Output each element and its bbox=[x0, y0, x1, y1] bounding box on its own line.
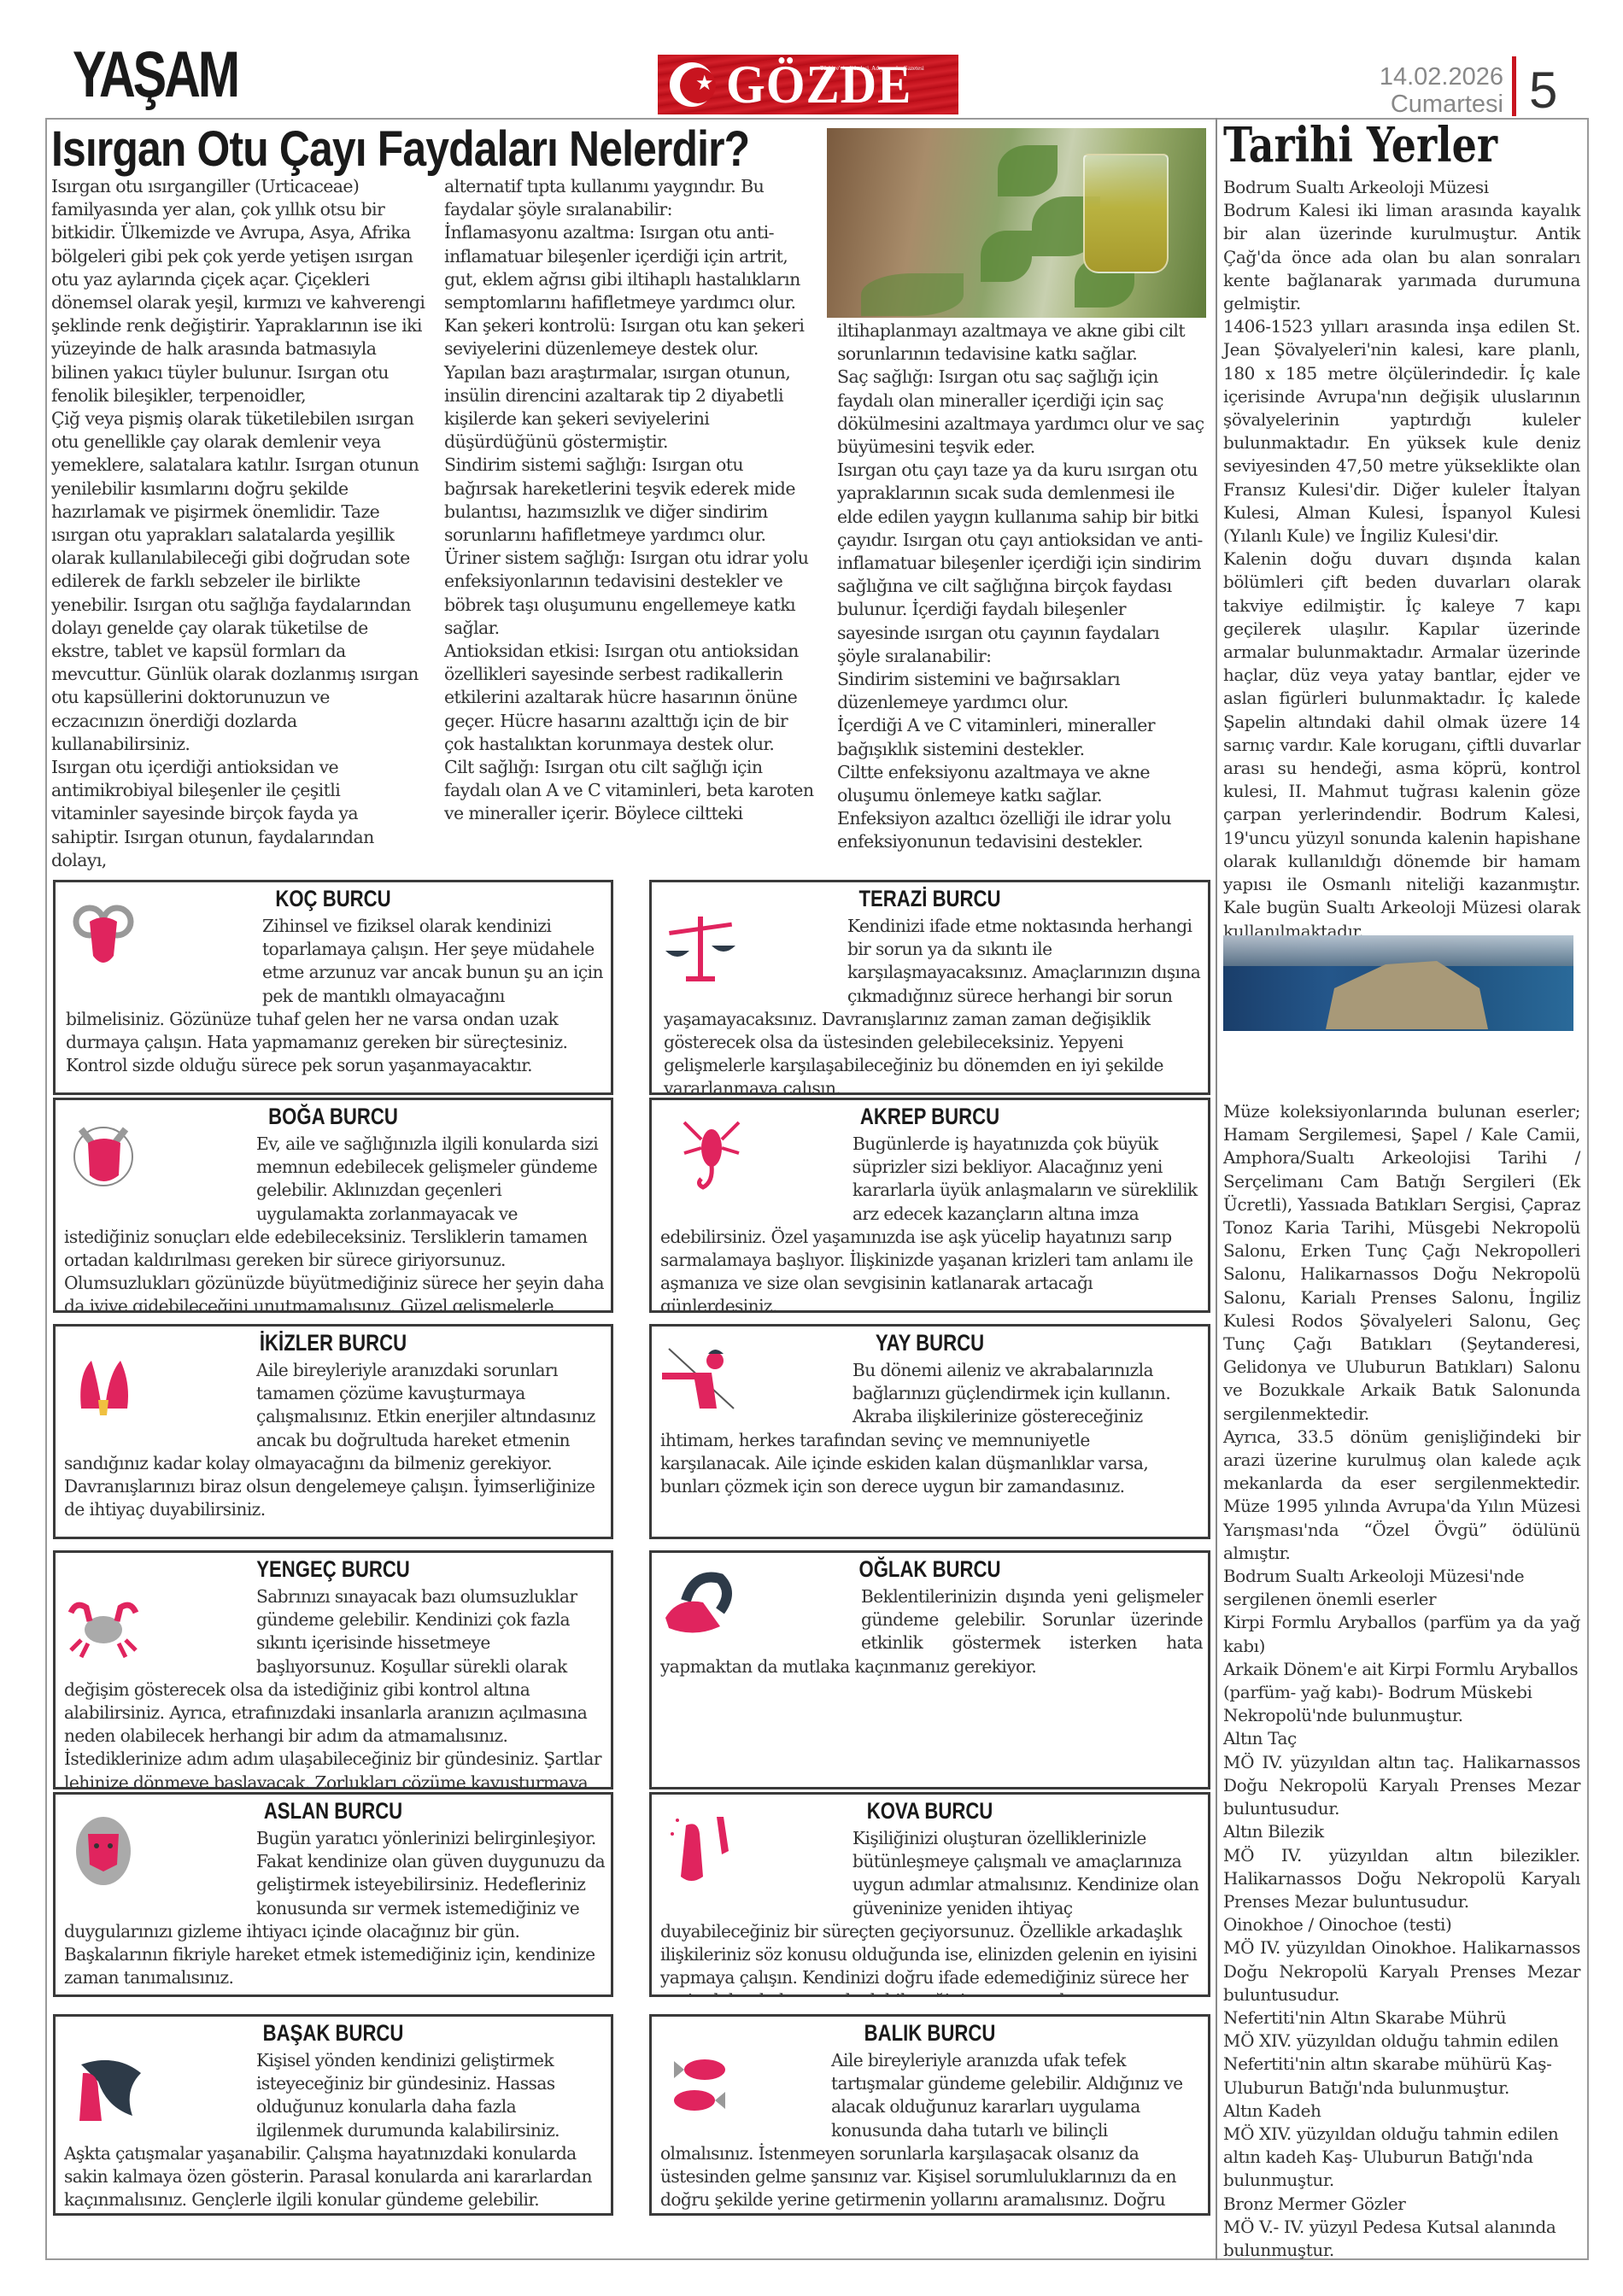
paragraph: Altın Kadeh bbox=[1223, 2100, 1580, 2123]
article-column-3: iltihaplanmayı azaltmaya ve akne gibi ci… bbox=[837, 319, 1206, 854]
horoscope-card-pisces: BALIK BURCU Aile bireyleriyle aranızda u… bbox=[649, 2014, 1210, 2216]
sign-title: KOÇ BURCU bbox=[106, 886, 561, 912]
paragraph: iltihaplanmayı azaltmaya ve akne gibi ci… bbox=[837, 319, 1206, 366]
sign-text: Bu dönemi aileniz ve akrabalarınızla bağ… bbox=[660, 1359, 1203, 1498]
paragraph: Nefertiti'nin Altın Skarabe Mührü bbox=[1223, 2006, 1580, 2029]
horoscope-card-sagittarius: YAY BURCU Bu dönemi aileniz ve akrabalar… bbox=[649, 1324, 1210, 1539]
paragraph: Bodrum Kalesi iki liman arasında kayalık… bbox=[1223, 199, 1580, 315]
article-title: Isırgan Otu Çayı Faydaları Nelerdir? bbox=[51, 124, 749, 176]
newspaper-logo[interactable]: ★ GÖZDE Türkiye'nin Gözdesi, Adıyaman'ın… bbox=[658, 55, 958, 114]
horoscope-card-leo: ASLAN BURCU Bugün yaratıcı yönlerinizi b… bbox=[53, 1792, 613, 1997]
horoscope-card-virgo: BAŞAK BURCU Kişisel yönden kendinizi gel… bbox=[53, 2014, 613, 2216]
sidebar-text-2: Müze koleksiyonlarında bulunan eserler; … bbox=[1223, 1100, 1580, 2262]
sign-text: Kişiliğinizi oluşturan özelliklerinizle … bbox=[660, 1827, 1203, 1997]
sign-text: Kendinizi ifade etme noktasında herhangi… bbox=[664, 915, 1202, 1095]
horoscope-card-taurus: BOĞA BURCU Ev, aile ve sağlığınızla ilgi… bbox=[53, 1098, 613, 1313]
sign-text: Kişisel yönden kendinizi geliştirmek ist… bbox=[64, 2049, 606, 2211]
paragraph: Oinokhoe / Oinochoe (testi) bbox=[1223, 1913, 1580, 1936]
section-title: YAŞAM bbox=[73, 43, 237, 108]
paragraph: MÖ IV. yüzyıldan Oinokhoe. Halikarnassos… bbox=[1223, 1936, 1580, 2006]
page-number: 5 bbox=[1529, 65, 1557, 116]
paragraph: Isırgan otu ısırgangiller (Urticaceae) f… bbox=[51, 175, 427, 407]
paragraph: Isırgan otu çayı taze ya da kuru ısırgan… bbox=[837, 459, 1206, 668]
sign-title: YENGEÇ BURCU bbox=[106, 1556, 561, 1583]
paragraph: MÖ IV. yüzyıldan altın taç. Halikarnasso… bbox=[1223, 1751, 1580, 1821]
nettle-tea-photo bbox=[827, 128, 1206, 318]
sign-title: BAŞAK BURCU bbox=[106, 2020, 561, 2047]
article-column-1: Isırgan otu ısırgangiller (Urticaceae) f… bbox=[51, 175, 427, 872]
paragraph: Bodrum Sualtı Arkeoloji Müzesi bbox=[1223, 176, 1580, 199]
paragraph: İnflamasyonu azaltma: Isırgan otu anti-i… bbox=[444, 221, 820, 314]
crescent-star-icon: ★ bbox=[670, 61, 718, 108]
paragraph: MÖ XIV. yüzyıldan olduğu tahmin edilen a… bbox=[1223, 2123, 1580, 2193]
paragraph: Saç sağlığı: Isırgan otu saç sağlığı içi… bbox=[837, 366, 1206, 459]
article-column-2: alternatif tıpta kullanımı yaygındır. Bu… bbox=[444, 175, 820, 826]
sign-title: BALIK BURCU bbox=[702, 2020, 1158, 2047]
sign-title: AKREP BURCU bbox=[702, 1104, 1158, 1130]
sign-text: Sabrınızı sınayacak bazı olumsuzluklar g… bbox=[64, 1585, 606, 1789]
paragraph: Müze koleksiyonlarında bulunan eserler; … bbox=[1223, 1100, 1580, 1426]
sign-text: Bugün yaratıcı yönlerinizi belirginleşiy… bbox=[64, 1827, 606, 1989]
sign-text: Ev, aile ve sağlığınızla ilgili konulard… bbox=[64, 1133, 606, 1313]
sign-title: KOVA BURCU bbox=[702, 1798, 1158, 1824]
paragraph: Bodrum Sualtı Arkeoloji Müzesi'nde sergi… bbox=[1223, 1565, 1580, 1611]
horoscope-card-aquarius: KOVA BURCU Kişiliğinizi oluşturan özelli… bbox=[649, 1792, 1210, 1997]
horoscope-card-scorpio: AKREP BURCU Bugünlerde iş hayatınızda ço… bbox=[649, 1098, 1210, 1313]
sign-title: İKİZLER BURCU bbox=[106, 1330, 561, 1356]
paragraph: Kan şekeri kontrolü: Isırgan otu kan şek… bbox=[444, 314, 820, 454]
paragraph: Enfeksiyon azaltıcı özelliği ile idrar y… bbox=[837, 807, 1206, 853]
date: 14.02.2026 bbox=[1367, 63, 1503, 91]
paragraph: alternatif tıpta kullanımı yaygındır. Bu… bbox=[444, 175, 820, 221]
sign-title: YAY BURCU bbox=[702, 1330, 1158, 1356]
horoscope-card-capricorn: OĞLAK BURCU Beklentilerinizin dışında ye… bbox=[649, 1550, 1210, 1789]
sign-text: Zihinsel ve fiziksel olarak kendinizi to… bbox=[66, 915, 604, 1077]
horoscope-card-libra: TERAZİ BURCU Kendinizi ifade etme noktas… bbox=[649, 880, 1210, 1095]
paragraph: Isırgan otu içerdiği antioksidan ve anti… bbox=[51, 756, 427, 872]
date-divider bbox=[1512, 56, 1516, 116]
horoscope-card-aries: KOÇ BURCU Zihinsel ve fiziksel olarak ke… bbox=[53, 880, 613, 1095]
issue-date: 14.02.2026 Cumartesi bbox=[1367, 63, 1503, 118]
paragraph: Üriner sistem sağlığı: Isırgan otu idrar… bbox=[444, 547, 820, 640]
paragraph: Sindirim sistemini ve bağırsakları düzen… bbox=[837, 668, 1206, 714]
paragraph: Bronz Mermer Gözler bbox=[1223, 2193, 1580, 2216]
paragraph: Çiğ veya pişmiş olarak tüketilebilen ısı… bbox=[51, 407, 427, 756]
paragraph: Arkaik Dönem'e ait Kirpi Formlu Aryballo… bbox=[1223, 1658, 1580, 1728]
paragraph: Altın Bilezik bbox=[1223, 1820, 1580, 1843]
paragraph: 1406-1523 yılları arasında inşa edilen S… bbox=[1223, 315, 1580, 548]
paragraph: Altın Taç bbox=[1223, 1727, 1580, 1750]
logo-tagline: Türkiye'nin Gözdesi, Adıyaman'ın Gazetes… bbox=[820, 65, 924, 72]
horoscope-card-gemini: İKİZLER BURCU Aile bireyleriyle aranızda… bbox=[53, 1324, 613, 1539]
sign-title: ASLAN BURCU bbox=[106, 1798, 561, 1824]
paragraph: Cilt sağlığı: Isırgan otu cilt sağlığı i… bbox=[444, 756, 820, 826]
sidebar-divider bbox=[1216, 118, 1217, 2260]
sign-text: Aile bireyleriyle aranızdaki sorunları t… bbox=[64, 1359, 606, 1521]
sign-text: Bugünlerde iş hayatınızda çok büyük süpr… bbox=[660, 1133, 1203, 1313]
sidebar-title: Tarihi Yerler bbox=[1223, 120, 1497, 173]
paragraph: Ayrıca, 33.5 dönüm genişliğindeki bir ar… bbox=[1223, 1426, 1580, 1565]
horoscope-card-cancer: YENGEÇ BURCU Sabrınızı sınayacak bazı ol… bbox=[53, 1550, 613, 1789]
paragraph: Ciltte enfeksiyonu azaltmaya ve akne olu… bbox=[837, 761, 1206, 807]
sign-title: OĞLAK BURCU bbox=[702, 1556, 1158, 1583]
paragraph: MÖ IV. yüzyıldan altın bilezikler. Halik… bbox=[1223, 1844, 1580, 1914]
weekday: Cumartesi bbox=[1367, 91, 1503, 118]
paragraph: Sindirim sistemi sağlığı: Isırgan otu ba… bbox=[444, 454, 820, 547]
sign-title: BOĞA BURCU bbox=[106, 1104, 561, 1130]
paragraph: İçerdiği A ve C vitaminleri, mineraller … bbox=[837, 714, 1206, 760]
paragraph: Kirpi Formlu Aryballos (parfüm ya da yağ… bbox=[1223, 1611, 1580, 1657]
paragraph: Kalenin doğu duvarı dışında kalan bölüml… bbox=[1223, 548, 1580, 942]
bodrum-castle-photo bbox=[1223, 935, 1573, 1031]
sidebar-text-1: Bodrum Sualtı Arkeoloji Müzesi Bodrum Ka… bbox=[1223, 176, 1580, 943]
paragraph: MÖ V.- IV. yüzyıl Pedesa Kutsal alanında… bbox=[1223, 2216, 1580, 2262]
paragraph: MÖ XIV. yüzyıldan olduğu tahmin edilen N… bbox=[1223, 2029, 1580, 2100]
sign-title: TERAZİ BURCU bbox=[702, 886, 1158, 912]
sign-text: Aile bireyleriyle aranızda ufak tefek ta… bbox=[660, 2049, 1203, 2216]
paragraph: Antioksidan etkisi: Isırgan otu antioksi… bbox=[444, 640, 820, 756]
sign-text: Beklentilerinizin dışında yeni gelişmele… bbox=[660, 1585, 1203, 1678]
